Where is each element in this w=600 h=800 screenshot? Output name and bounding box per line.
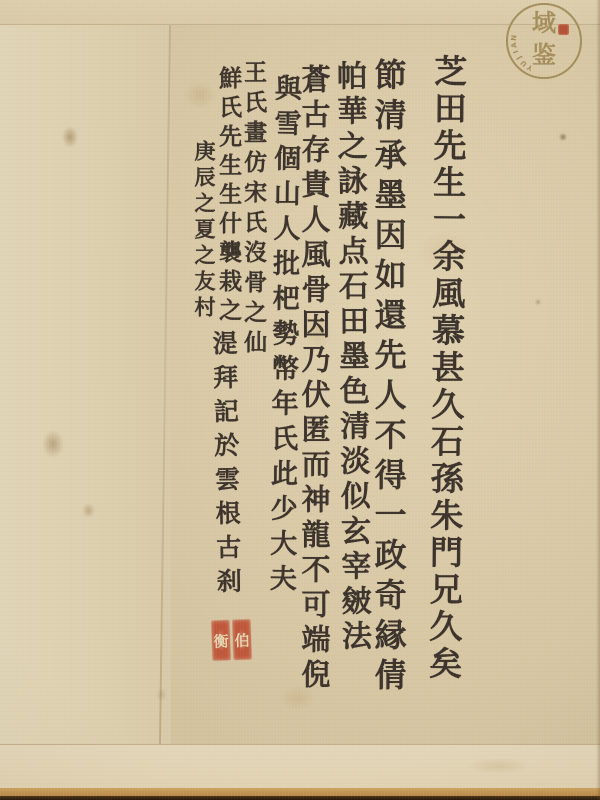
logo-mini-seal-icon: [558, 24, 569, 35]
calligraphy-column-4: 蒼古存貴人風骨因乃伏匿而神龍不可端倪: [299, 64, 329, 694]
calligraphy-column-3: 帕華之詠藏点石田墨色清淡似玄宰皴法: [332, 60, 369, 655]
seal-stamp-left: 衡: [211, 620, 230, 661]
calligraphy-column-5: 與雪個山人批杷勢幣年氏此少大夫: [265, 74, 299, 599]
calligraphy-column-2: 節清承墨因如還先人不得一政奇縁倩: [371, 58, 405, 698]
logo-char-top: 域: [506, 11, 582, 35]
calligraphy-column-1: 芝田先生一余風慕甚久石孫朱門兄久矣: [425, 54, 465, 683]
bottom-margin-strip: [0, 744, 600, 789]
bottom-gilt-edge: [0, 788, 600, 796]
calligraphy-column-7: 鮮氏先生生什襲栽之: [216, 66, 240, 327]
bottom-dark-edge: [0, 796, 600, 800]
logo-latin-letter: N: [510, 35, 519, 42]
seal-stamp-right: 伯: [232, 619, 251, 660]
watermark-logo: 域 鉴 Y U J I A N: [506, 3, 582, 79]
calligraphy-column-6: 王氏畫仿宋氏沒骨之仙: [241, 60, 265, 360]
logo-latin-letter: A: [510, 42, 519, 48]
calligraphy-column-8: 庚辰之夏之友村: [193, 140, 215, 322]
manuscript-photo: 芝田先生一余風慕甚久石孫朱門兄久矣 節清承墨因如還先人不得一政奇縁倩 帕華之詠藏…: [0, 0, 600, 800]
calligraphy-column-9: 湜拜記於雲根古刹: [210, 330, 241, 602]
right-edge-shadow: [596, 0, 600, 800]
artist-seal-group: 衡 伯: [211, 619, 251, 660]
left-cover-panel: [0, 25, 171, 744]
